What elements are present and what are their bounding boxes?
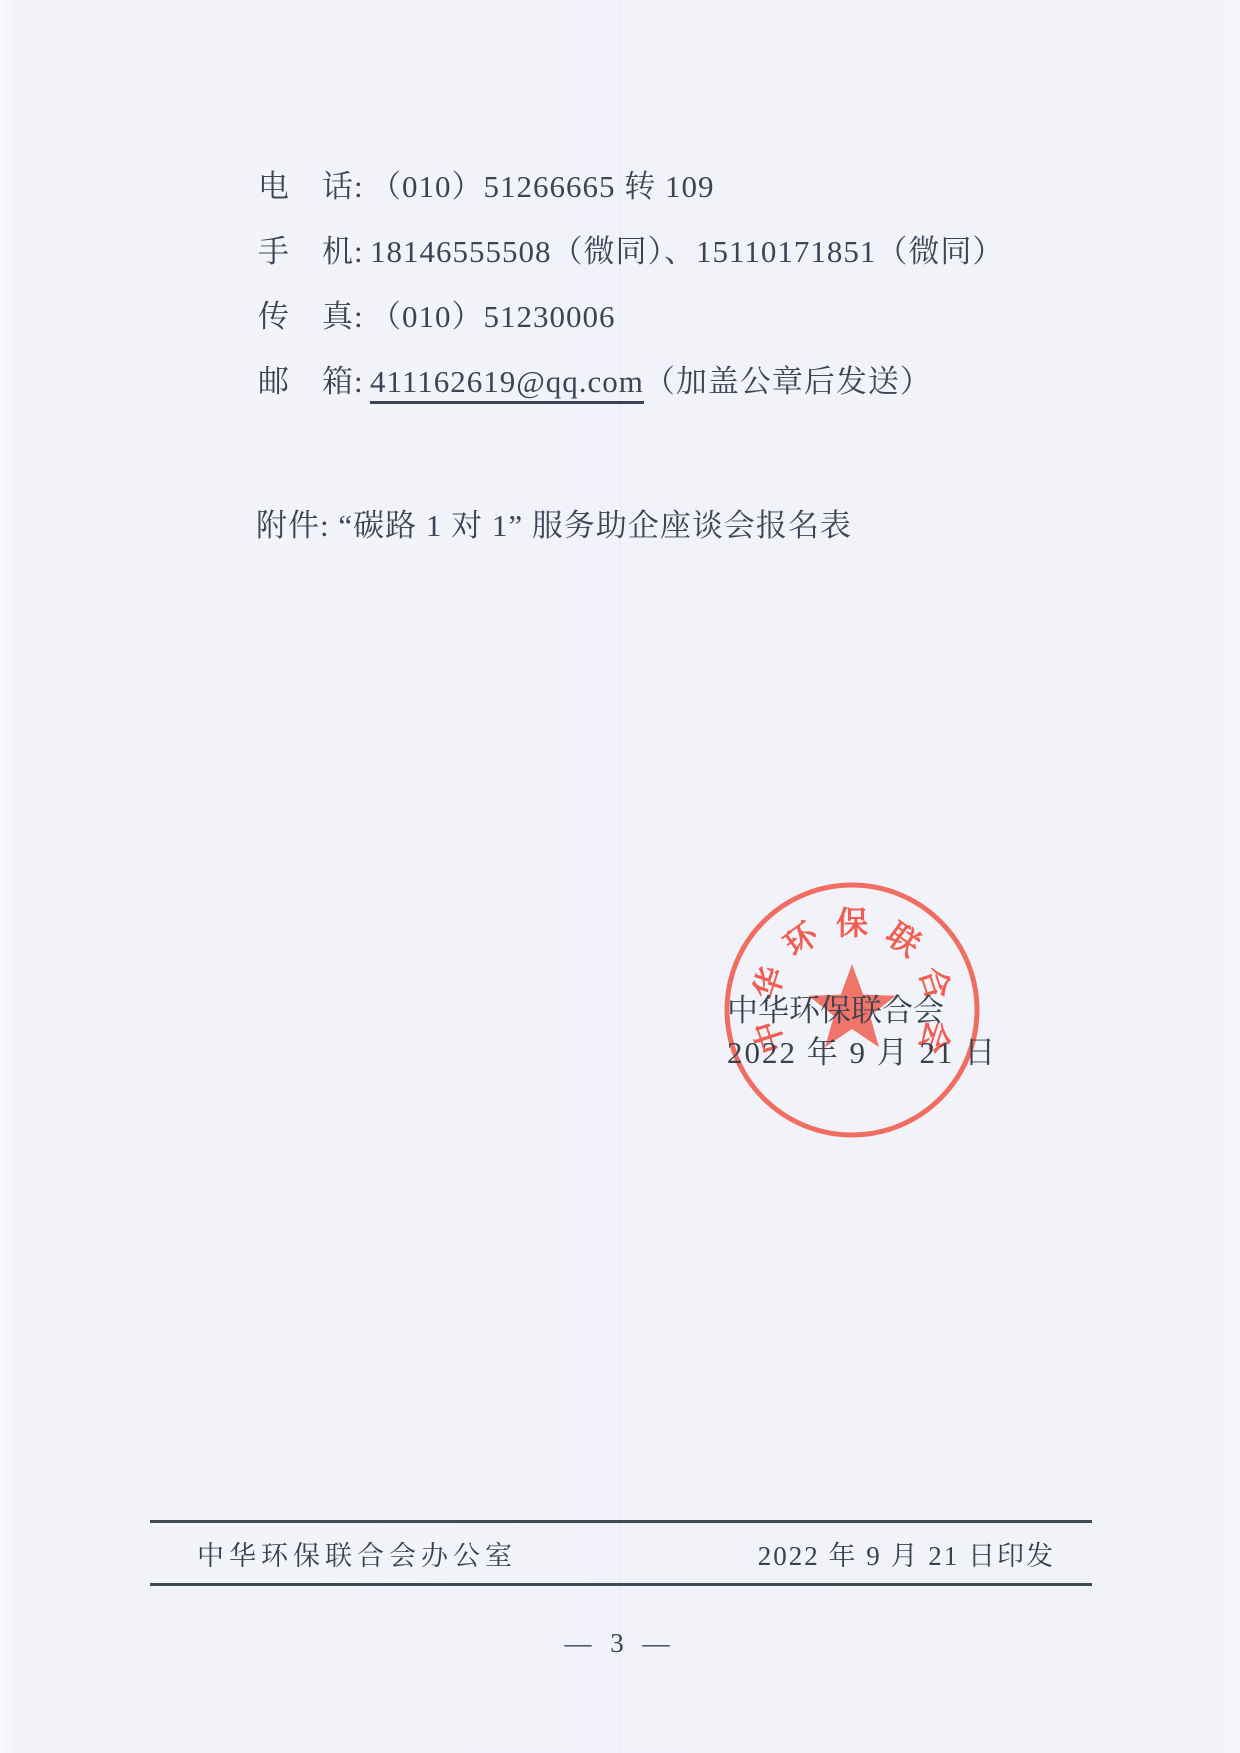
- footer-rule-bottom: [150, 1583, 1092, 1586]
- seal-arc-char: 环: [777, 915, 825, 964]
- contact-block: 电 话:（010）51266665 转 109 手 机:18146555508（…: [258, 154, 1004, 414]
- fax-label: 传 真:: [258, 284, 370, 349]
- fax-value: （010）51230006: [370, 299, 616, 334]
- email-note: （加盖公章后发送）: [644, 364, 932, 399]
- footer-print-date: 2022 年 9 月 21 日印发: [758, 1534, 1055, 1573]
- email-label: 邮 箱:: [258, 349, 370, 414]
- footer-rule-top: [150, 1520, 1092, 1523]
- contact-line-email: 邮 箱:411162619@qq.com（加盖公章后发送）: [258, 349, 1004, 414]
- attachment-line: 附件: “碳路 1 对 1” 服务助企座谈会报名表: [256, 500, 852, 545]
- document-page: 电 话:（010）51266665 转 109 手 机:18146555508（…: [0, 0, 1240, 1753]
- seal-arc-char: 保: [836, 905, 868, 941]
- contact-line-fax: 传 真:（010）51230006: [258, 284, 1004, 349]
- phone-label: 电 话:: [258, 154, 370, 219]
- email-address[interactable]: 411162619@qq.com: [370, 364, 644, 404]
- signature-org: 中华环保联合会: [727, 990, 997, 1032]
- mobile-value: 18146555508（微同）、15110171851（微同）: [370, 234, 1004, 269]
- footer-office: 中华环保联合会办公室: [197, 1534, 517, 1573]
- seal-arc-char: 联: [880, 916, 927, 964]
- signature-date: 2022 年 9 月 21 日: [727, 1032, 997, 1074]
- footer-row: 中华环保联合会办公室 2022 年 9 月 21 日印发: [0, 1534, 1240, 1573]
- phone-value: （010）51266665 转 109: [370, 169, 715, 204]
- contact-line-phone: 电 话:（010）51266665 转 109: [258, 154, 1004, 219]
- contact-line-mobile: 手 机:18146555508（微同）、15110171851（微同）: [258, 219, 1004, 284]
- signature-block: 中华环保联合会 2022 年 9 月 21 日: [727, 990, 997, 1074]
- mobile-label: 手 机:: [258, 219, 370, 284]
- page-number: — 3 —: [0, 1628, 1240, 1659]
